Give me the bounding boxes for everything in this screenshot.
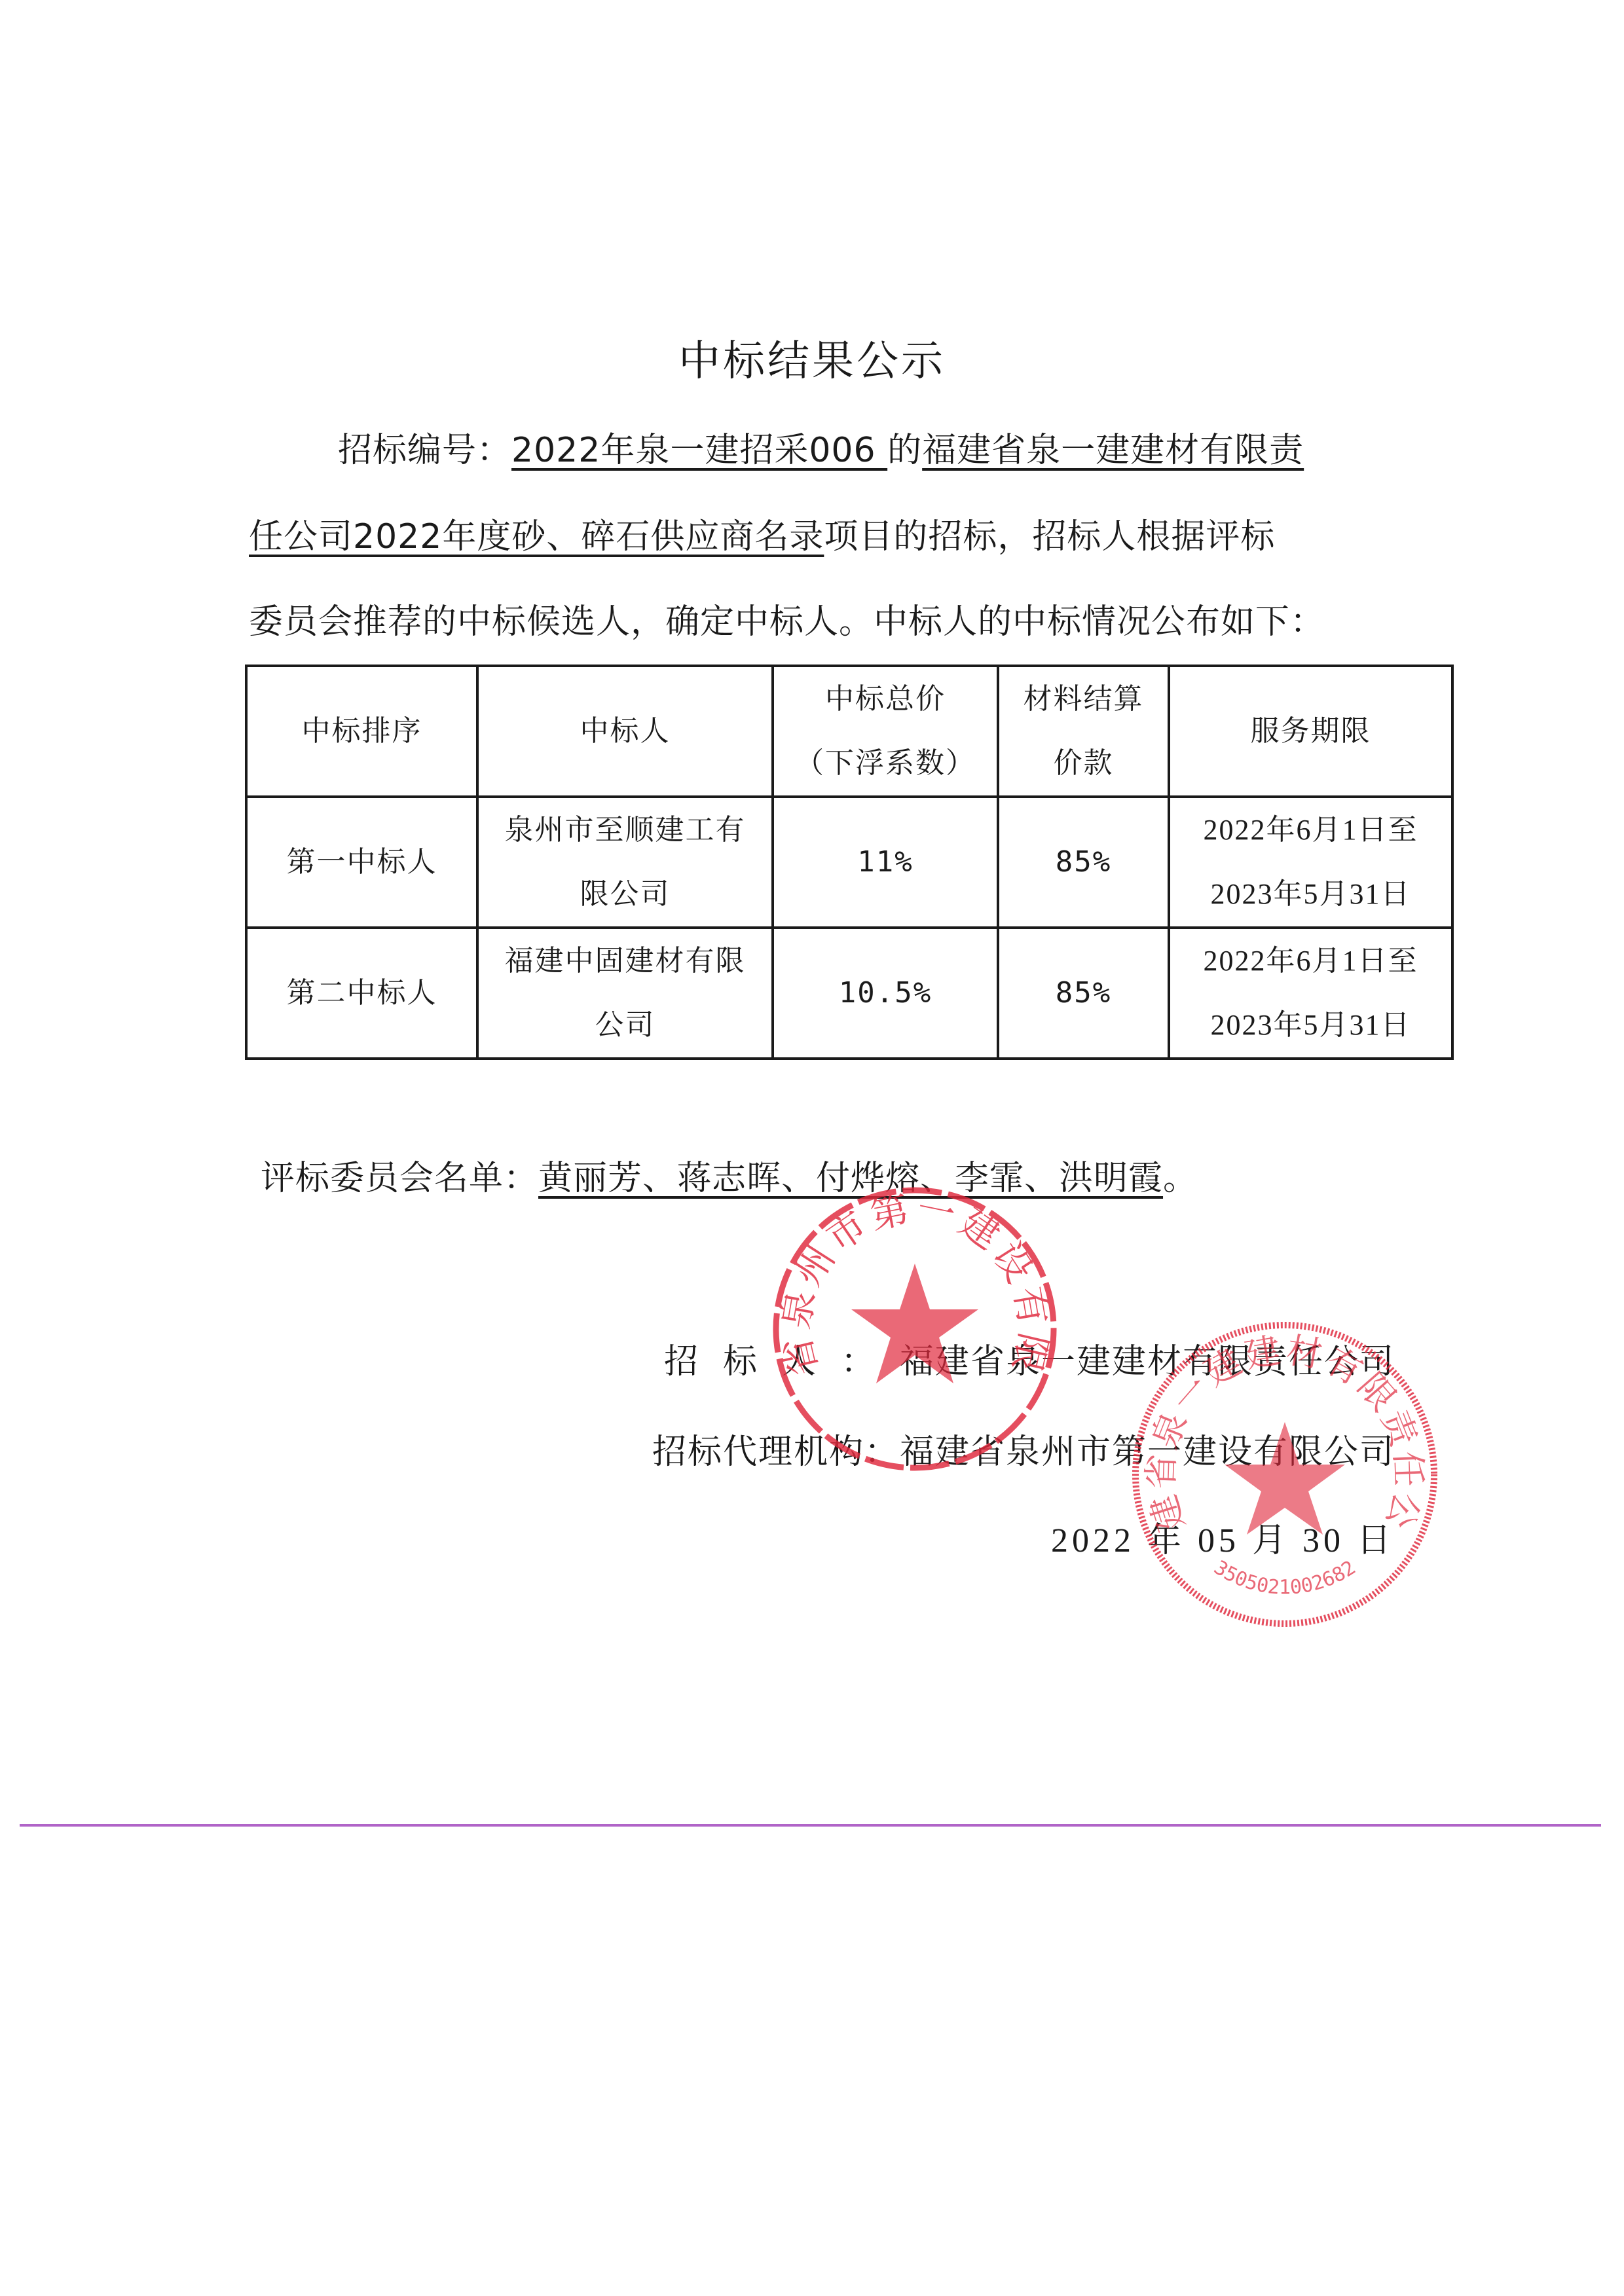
agency-name: 福建省泉州市第一建设有限公司 bbox=[900, 1432, 1395, 1472]
period-cell: 2022年6月1日至2023年5月31日 bbox=[1169, 797, 1452, 928]
table-header-row: 中标排序 中标人 中标总价（下浮系数） 材料结算价款 服务期限 bbox=[246, 666, 1452, 797]
price-cell: 10.5% bbox=[773, 928, 998, 1059]
committee-list: 评标委员会名单：黄丽芳、蒋志晖、付烨熔、李霏、洪明霞。 bbox=[261, 1157, 1198, 1199]
header-rank: 中标排序 bbox=[246, 666, 477, 797]
intro-text: 项目的招标，招标人根据评标 bbox=[824, 517, 1275, 556]
connector-text: 的 bbox=[887, 431, 922, 470]
material-cell: 85% bbox=[998, 797, 1169, 928]
tenderer-label: 招标人： bbox=[664, 1342, 900, 1381]
agency-signature: 招标代理机构：福建省泉州市第一建设有限公司 bbox=[652, 1431, 1395, 1473]
intro-line-1: 招标编号：2022年泉一建招采006 的福建省泉一建建材有限责 bbox=[338, 429, 1490, 471]
page-divider-line bbox=[20, 1824, 1601, 1827]
tenderer-name: 福建省泉一建建材有限责任公司 bbox=[900, 1342, 1395, 1381]
table-row: 第一中标人 泉州市至顺建工有限公司 11% 85% 2022年6月1日至2023… bbox=[246, 797, 1452, 928]
tenderer-signature: 招标人：福建省泉一建建材有限责任公司 bbox=[664, 1341, 1395, 1383]
winner-cell: 泉州市至顺建工有限公司 bbox=[477, 797, 773, 928]
header-price: 中标总价（下浮系数） bbox=[773, 666, 998, 797]
header-period: 服务期限 bbox=[1169, 666, 1452, 797]
material-cell: 85% bbox=[998, 928, 1169, 1059]
committee-members: 黄丽芳、蒋志晖、付烨熔、李霏、洪明霞 bbox=[538, 1159, 1163, 1198]
price-cell: 11% bbox=[773, 797, 998, 928]
results-table: 中标排序 中标人 中标总价（下浮系数） 材料结算价款 服务期限 第一中标人 泉州… bbox=[245, 665, 1454, 1060]
header-material: 材料结算价款 bbox=[998, 666, 1169, 797]
winner-cell: 福建中固建材有限公司 bbox=[477, 928, 773, 1059]
period-cell: 2022年6月1日至2023年5月31日 bbox=[1169, 928, 1452, 1059]
project-name-part1: 福建省泉一建建材有限责 bbox=[922, 431, 1304, 470]
svg-text:3505021002682: 3505021002682 bbox=[1209, 1556, 1359, 1599]
rank-cell: 第一中标人 bbox=[246, 797, 477, 928]
table-row: 第二中标人 福建中固建材有限公司 10.5% 85% 2022年6月1日至202… bbox=[246, 928, 1452, 1059]
tender-number: 2022年泉一建招采006 bbox=[511, 431, 887, 470]
rank-cell: 第二中标人 bbox=[246, 928, 477, 1059]
page-title: 中标结果公示 bbox=[0, 335, 1624, 388]
header-winner: 中标人 bbox=[477, 666, 773, 797]
intro-line-3: 委员会推荐的中标候选人，确定中标人。中标人的中标情况公布如下： bbox=[249, 601, 1401, 643]
agency-label: 招标代理机构： bbox=[652, 1432, 900, 1472]
intro-line-2: 任公司2022年度砂、碎石供应商名录项目的招标，招标人根据评标 bbox=[249, 516, 1401, 558]
project-name-part2: 任公司2022年度砂、碎石供应商名录 bbox=[249, 517, 824, 556]
committee-label: 评标委员会名单： bbox=[261, 1159, 538, 1198]
tender-no-label: 招标编号： bbox=[338, 431, 511, 470]
signature-date: 2022 年 05 月 30 日 bbox=[1051, 1520, 1395, 1562]
